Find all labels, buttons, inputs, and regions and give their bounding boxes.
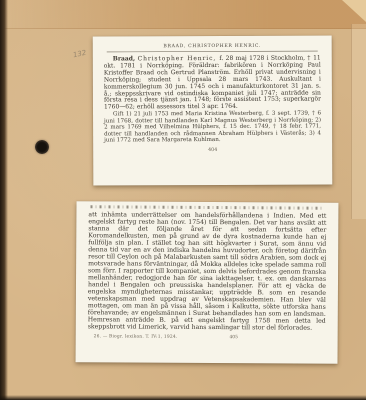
punch-hole (35, 140, 49, 154)
genealogy-paragraph: Gift 1) 21 juli 1753 med Maria Kristina … (104, 111, 321, 144)
clipped-text-remnant (90, 205, 324, 209)
scan-card: 132 BRAAD, CHRISTOPHER HENRIC. Braad, Ch… (0, 0, 366, 400)
bio-paragraph: Braad, Christopher Henric, f. 28 maj 172… (104, 56, 321, 112)
printer-signature: 26. — Biogr. lexikon. T. IV:1, 1924. (94, 334, 178, 340)
article-start-clipping: BRAAD, CHRISTOPHER HENRIC. Braad, Christ… (93, 35, 333, 185)
pencil-note: 132 (72, 49, 87, 60)
card-left-edge-shadow (0, 0, 8, 400)
card-right-seam (351, 24, 366, 219)
card-top-shade (0, 0, 366, 29)
page-footer: 26. — Biogr. lexikon. T. IV:1, 1924. 405 (88, 334, 326, 340)
body-paragraph: att inhämta underrättelser om handelsför… (88, 211, 327, 331)
card-bottom-edge-shadow (0, 395, 366, 400)
article-body-clipping: att inhämta underrättelser om handelsför… (76, 201, 339, 364)
page-number-bottom: 405 (229, 335, 237, 340)
header-rule (107, 51, 318, 53)
bio-text: f. 28 maj 1728 i Stockholm, † 11 okt. 17… (104, 55, 321, 111)
running-header: BRAAD, CHRISTOPHER HENRIC. (104, 44, 321, 50)
page-number-top: 404 (104, 147, 321, 153)
